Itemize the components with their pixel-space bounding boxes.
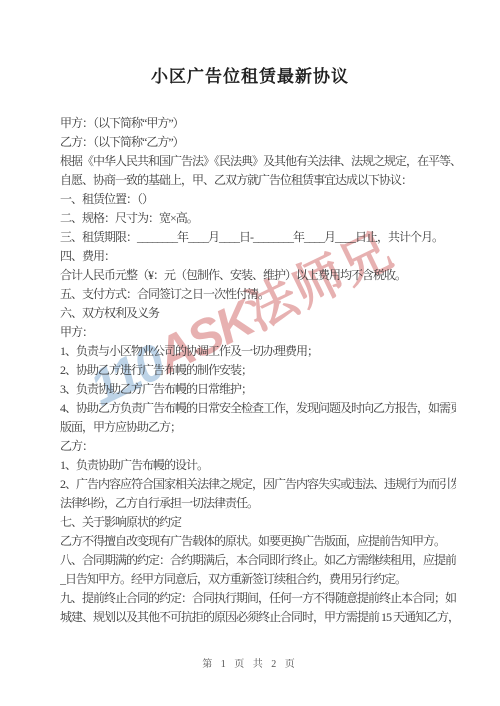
page-title: 小区广告位租赁最新协议 bbox=[0, 0, 500, 87]
page-number: 第 1 页 共 2 页 bbox=[0, 655, 500, 670]
document-line: 自愿、协商一致的基础上，甲、乙双方就广告位租赁事宜达成以下协议： bbox=[60, 171, 456, 190]
document-line: 四、费用： bbox=[60, 247, 456, 266]
document-line: 乙方：（以下简称“乙方”） bbox=[60, 133, 456, 152]
document-line: 4、协助乙方负责广告布幔的日常安全检查工作，发现问题及时向乙方报告，如需更换 bbox=[60, 399, 456, 418]
document-line: 二、规格：尺寸为：宽×高。 bbox=[60, 209, 456, 228]
document-line: 版面，甲方应协助乙方； bbox=[60, 418, 456, 437]
document-line: 2、协助乙方进行广告布幔的制作安装； bbox=[60, 361, 456, 380]
document-line: 法律纠纷，乙方自行承担一切法律责任。 bbox=[60, 494, 456, 513]
document-line: 六、双方权利及义务 bbox=[60, 304, 456, 323]
document-line: 根据《中华人民共和国广告法》《民法典》及其他有关法律、法规之规定，在平等、 bbox=[60, 152, 456, 171]
document-line: 3、负责协助乙方广告布幔的日常维护； bbox=[60, 380, 456, 399]
document-line: 乙方不得擅自改变现有广告载体的原状。如要更换广告版面，应提前告知甲方。 bbox=[60, 532, 456, 551]
document-line: _日告知甲方。经甲方同意后，双方重新签订续租合约，费用另行约定。 bbox=[60, 570, 456, 589]
document-page: 110ASK法师兄 小区广告位租赁最新协议 甲方：（以下简称“甲方”）乙方：（以… bbox=[0, 0, 500, 706]
document-line: 一、租赁位置：（） bbox=[60, 190, 456, 209]
document-line: 八、合同期满的约定：合约期满后，本合同即行终止。如乙方需继续租用，应提前___ bbox=[60, 551, 456, 570]
document-line: 三、租赁期限：________年____月____日-________年____… bbox=[60, 228, 456, 247]
document-line: 1、负责协助广告布幔的设计。 bbox=[60, 456, 456, 475]
document-line: 2、广告内容应符合国家相关法律之规定，因广告内容失实或违法、违规行为而引发的 bbox=[60, 475, 456, 494]
document-line: 甲方：（以下简称“甲方”） bbox=[60, 114, 456, 133]
document-line: 五、支付方式：合同签订之日一次性付清。 bbox=[60, 285, 456, 304]
document-line: 城建、规划以及其他不可抗拒的原因必须终止合同时，甲方需提前 15 天通知乙方，并 bbox=[60, 608, 456, 627]
document-line: 七、关于影响原状的约定 bbox=[60, 513, 456, 532]
document-body: 甲方：（以下简称“甲方”）乙方：（以下简称“乙方”）根据《中华人民共和国广告法》… bbox=[60, 114, 456, 627]
document-line: 乙方： bbox=[60, 437, 456, 456]
document-line: 九、提前终止合同的约定：合同执行期间，任何一方不得随意提前终止本合同；如因 bbox=[60, 589, 456, 608]
document-line: 合计人民币元整（¥：元（包制作、安装、维护）以上费用均不含税收。 bbox=[60, 266, 456, 285]
document-line: 甲方： bbox=[60, 323, 456, 342]
document-line: 1、负责与小区物业公司的协调工作及一切办理费用； bbox=[60, 342, 456, 361]
